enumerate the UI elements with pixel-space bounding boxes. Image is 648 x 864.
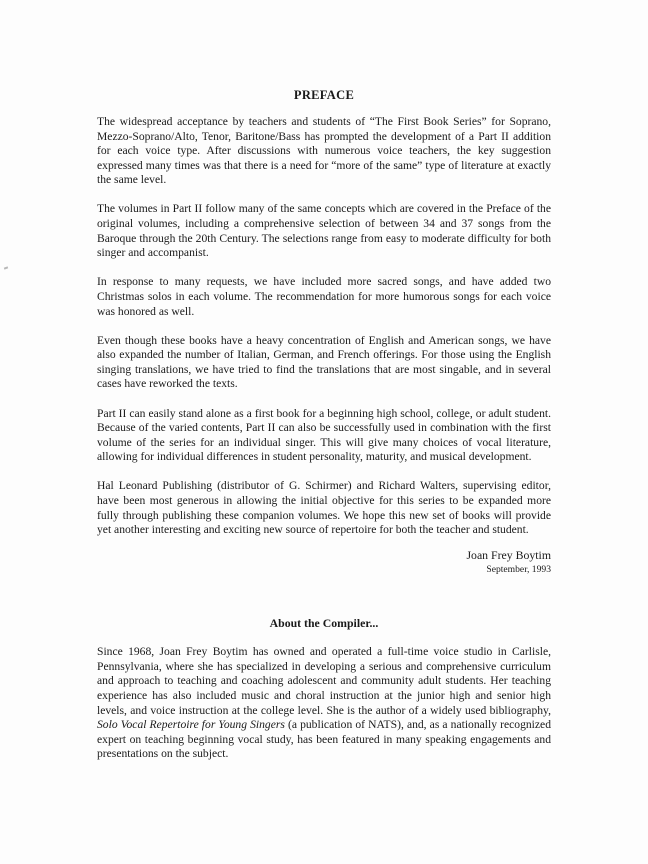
preface-paragraph-2: The volumes in Part II follow many of th…: [97, 202, 551, 260]
page-content: PREFACE The widespread acceptance by tea…: [97, 88, 551, 777]
about-text-part-1: Since 1968, Joan Frey Boytim has owned a…: [97, 645, 551, 716]
preface-paragraph-1: The widespread acceptance by teachers an…: [97, 115, 551, 188]
book-title: Solo Vocal Repertoire for Young Singers: [97, 718, 285, 731]
preface-paragraph-6: Hal Leonard Publishing (distributor of G…: [97, 479, 551, 537]
preface-title: PREFACE: [97, 88, 551, 103]
preface-paragraph-5: Part II can easily stand alone as a firs…: [97, 407, 551, 465]
preface-paragraph-3: In response to many requests, we have in…: [97, 275, 551, 319]
scan-artifact-mark: [4, 266, 8, 269]
signature-name: Joan Frey Boytim: [97, 548, 551, 563]
signature-date: September, 1993: [97, 563, 551, 576]
about-compiler-paragraph: Since 1968, Joan Frey Boytim has owned a…: [97, 645, 551, 762]
document-page: PREFACE The widespread acceptance by tea…: [0, 0, 648, 864]
preface-paragraph-4: Even though these books have a heavy con…: [97, 334, 551, 392]
about-compiler-title: About the Compiler...: [97, 616, 551, 631]
signature-block: Joan Frey Boytim September, 1993: [97, 548, 551, 576]
